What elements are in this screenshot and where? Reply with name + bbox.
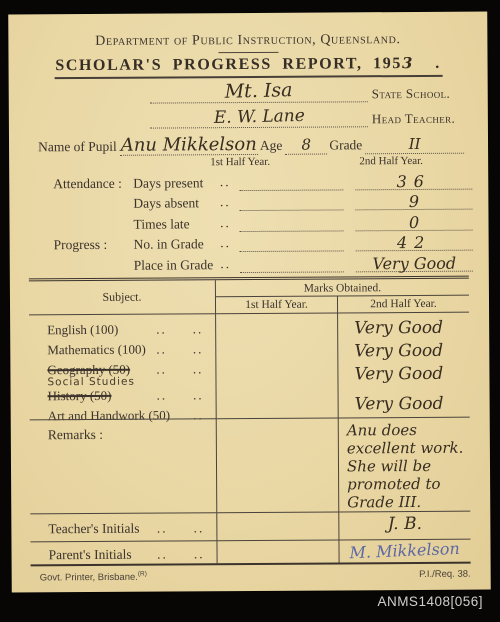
subject-header: Subject.: [29, 280, 216, 315]
pupil-name-field: Anu Mikkelson: [120, 137, 258, 156]
progress-row-no-in-grade: Progress : No. in Grade .. 42: [10, 230, 489, 253]
social-studies-handwritten: Social Studies: [47, 376, 134, 388]
dots: ..: [193, 321, 204, 341]
head-teacher-field: E. W. Lane: [150, 107, 368, 128]
teacher-initials-handwritten: J. B.: [388, 513, 422, 533]
report-title-period: .: [435, 55, 441, 72]
progress-row-place-in-grade: Place in Grade .. Very Good: [10, 251, 489, 274]
subject-label: Mathematics (100): [47, 341, 146, 362]
days-absent-value: 9: [355, 192, 472, 212]
department-rule: [218, 52, 278, 53]
second-half-line: Very Good: [356, 251, 473, 272]
leader-dots: ....: [156, 321, 209, 341]
marks-second-half-column: Very Good Very Good Very Good Very Good: [338, 312, 470, 417]
attendance-row-days-absent: Days absent .. 9: [9, 189, 488, 212]
second-half-line: 0: [355, 210, 472, 231]
form-number: P.I./Req. 38.: [419, 568, 471, 580]
dots: ..: [156, 321, 167, 341]
table-second-half-header: 2nd Half Year.: [338, 295, 469, 313]
teacher-initials-row: Teacher's Initials ....: [30, 512, 217, 541]
attendance-row-times-late: Times late .. 0: [9, 210, 488, 233]
leader-dots: ....: [157, 520, 211, 536]
attendance-row-days-present: Attendance : Days present .. 36: [9, 169, 488, 192]
state-school-label: State School.: [368, 86, 464, 103]
subject-label-struck: Geography (50): [47, 361, 130, 377]
report-title: SCHOLAR'S PROGRESS REPORT, 1953 .: [8, 54, 487, 76]
remarks-line: Anu does: [347, 420, 470, 439]
subject-mathematics: Mathematics (100) ....: [47, 341, 209, 362]
title-underline: [54, 75, 442, 79]
mark-english: Very Good: [354, 317, 469, 341]
report-title-printed: SCHOLAR'S PROGRESS REPORT, 195: [55, 55, 402, 74]
leader-dots: ..: [218, 256, 234, 273]
times-late-value: 0: [355, 212, 472, 232]
row-label: Place in Grade: [134, 257, 218, 274]
days-present-value: 36: [355, 171, 472, 191]
dots: ..: [156, 361, 167, 376]
parent-initials-value-cell: M. Mikkelson: [339, 538, 470, 562]
remarks-label: Remarks :: [30, 418, 218, 513]
dots: ..: [156, 341, 167, 361]
grade-field: II: [365, 137, 464, 155]
leader-dots: ....: [157, 546, 211, 562]
school-name-field: Mt. Isa: [150, 81, 368, 103]
dots: ..: [193, 341, 204, 361]
first-half-line: [239, 210, 343, 231]
remarks-line: excellent work.: [347, 438, 470, 457]
second-half-line: 42: [356, 230, 473, 251]
paper-footer: Govt. Printer, Brisbane.(R) P.I./Req. 38…: [40, 568, 471, 583]
leader-dots: ....: [156, 341, 209, 361]
mark-social-studies: Very Good: [354, 363, 469, 387]
first-half-line: [239, 169, 343, 190]
place-in-grade-value: Very Good: [356, 253, 473, 273]
school-name-handwritten: Mt. Isa: [225, 81, 293, 101]
first-half-line: [240, 231, 344, 252]
subject-label-struck: History (50): [48, 387, 112, 405]
subject-label: English (100): [47, 321, 118, 341]
remarks-line: She will be: [347, 457, 470, 476]
dots: ..: [194, 520, 205, 536]
second-half-line: 36: [355, 169, 472, 190]
attendance-group-label: Attendance :: [53, 175, 133, 191]
leader-dots: ....: [156, 361, 209, 376]
row-label: No. in Grade: [134, 236, 218, 253]
dots: ..: [193, 387, 204, 405]
pupil-name-label: Name of Pupil: [36, 139, 120, 157]
remarks-line: promoted to: [347, 475, 470, 494]
head-teacher-row: E. W. Lane Head Teacher.: [9, 107, 464, 130]
subject-history: History (50) ....: [48, 387, 210, 406]
row-label: Days present: [133, 175, 217, 192]
row-label: Days absent: [133, 195, 217, 212]
table-first-half-header: 1st Half Year.: [216, 296, 338, 314]
age-handwritten: 8: [301, 139, 311, 152]
subject-column: English (100) .... Mathematics (100) ...…: [29, 314, 217, 419]
school-name-row: Mt. Isa State School.: [9, 82, 464, 105]
remarks-line: Grade III.: [347, 493, 470, 512]
first-half-header: 1st Half Year.: [181, 156, 299, 171]
remarks-text: Anu does excellent work. She will be pro…: [339, 416, 471, 511]
first-half-line: [240, 251, 344, 272]
subject-geography: Geography (50) ....: [47, 361, 209, 377]
year-handwritten: 3: [402, 54, 414, 72]
age-field: 8: [285, 138, 327, 155]
mark-mathematics: Very Good: [354, 340, 469, 364]
report-card-paper: Department of Public Instruction, Queens…: [8, 12, 491, 593]
row-label: Times late: [133, 216, 217, 233]
printer-imprint: Govt. Printer, Brisbane.(R): [40, 570, 147, 583]
marks-table: Subject. Marks Obtained. 1st Half Year. …: [29, 275, 471, 566]
teacher-initials-value-cell: J. B.: [339, 510, 470, 539]
leader-dots: ....: [157, 387, 210, 405]
catalog-number: ANMS1408[056]: [377, 594, 483, 609]
dots: ..: [157, 387, 168, 405]
dots: ..: [157, 521, 168, 537]
leader-dots: ..: [217, 194, 233, 211]
parent-initials-label: Parent's Initials: [48, 546, 131, 563]
marks-obtained-header: Marks Obtained.: [216, 278, 469, 297]
second-half-line: 9: [355, 189, 472, 210]
age-label: Age: [258, 138, 286, 155]
progress-group-label: Progress :: [54, 237, 134, 253]
leader-dots: ..: [217, 174, 233, 191]
parent-initials-first-half-cell: [217, 539, 339, 563]
no-in-grade-value: 42: [356, 233, 473, 253]
printer-text: Govt. Printer, Brisbane.: [40, 572, 138, 584]
printer-mark: (R): [138, 570, 147, 577]
department-title: Department of Public Instruction, Queens…: [8, 32, 487, 51]
grade-label: Grade: [327, 137, 365, 154]
subject-english: English (100) ....: [47, 321, 209, 342]
dots: ..: [194, 546, 205, 562]
second-half-header: 2nd Half Year.: [325, 155, 457, 170]
leader-dots: ..: [218, 235, 234, 252]
teacher-initials-first-half-cell: [217, 511, 339, 540]
pupil-name-handwritten: Anu Mikkelson: [121, 137, 257, 153]
leader-dots: ..: [217, 215, 233, 232]
head-teacher-handwritten: E. W. Lane: [213, 107, 304, 127]
photograph-backdrop: Department of Public Instruction, Queens…: [0, 0, 500, 622]
dots: ..: [193, 361, 204, 376]
mark-art-handwork: Very Good: [355, 390, 470, 414]
pupil-row: Name of Pupil Anu Mikkelson Age 8 Grade …: [36, 132, 464, 157]
marks-first-half-column: [216, 313, 339, 418]
grade-handwritten: II: [409, 138, 421, 151]
head-teacher-label: Head Teacher.: [368, 111, 464, 128]
parent-signature-handwritten: M. Mikkelson: [350, 537, 461, 563]
parent-initials-row: Parent's Initials ....: [30, 540, 217, 564]
teacher-initials-label: Teacher's Initials: [48, 521, 139, 538]
first-half-line: [239, 190, 343, 211]
remarks-first-half-cell: [217, 417, 340, 512]
dots: ..: [157, 546, 168, 562]
